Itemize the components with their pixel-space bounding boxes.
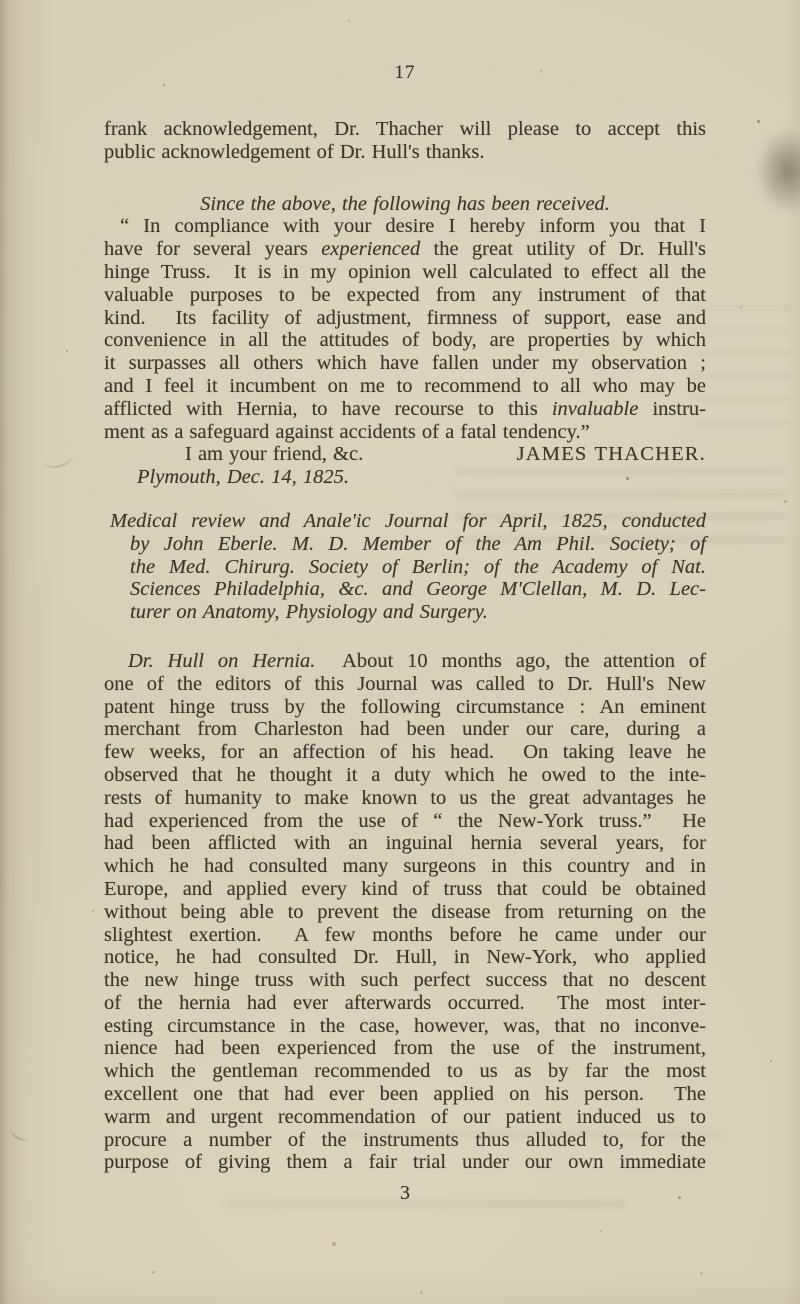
paper-speck (600, 1230, 602, 1232)
text-segment: the great utility of Dr. Hull's (420, 238, 706, 260)
text-segment: the new hinge truss with such perfect su… (104, 969, 706, 991)
text-line: afflicted with Hernia, to have recourse … (104, 398, 706, 421)
text-line: had been afflicted with an inguinal hern… (104, 832, 706, 855)
text-line: procure a number of the instruments thus… (104, 1129, 706, 1152)
text-line: the Med. Chirurg. Society of Berlin; of … (130, 556, 706, 579)
journal-citation: Medical review and Anale'ic Journal for … (104, 510, 706, 624)
text-line: Dr. Hull on Hernia. About 10 months ago,… (104, 650, 706, 673)
text-segment: instru- (638, 398, 706, 420)
text-segment: which he had consulted many surgeons in … (104, 855, 706, 877)
text-block: frank acknowledgement, Dr. Thacher will … (104, 118, 706, 1174)
text-segment: procure a number of the instruments thus… (104, 1129, 706, 1151)
text-segment: valuable purposes to be expected from an… (104, 284, 706, 306)
paper-speck (348, 20, 350, 22)
text-segment: ment as a safeguard against accidents of… (104, 421, 590, 443)
page-number: 17 (104, 62, 706, 84)
text-segment: public acknowledgement of Dr. Hull's tha… (104, 141, 484, 163)
text-segment: of the hernia had ever afterwards occurr… (104, 992, 706, 1014)
text-segment: slightest exertion. A few months before … (104, 924, 706, 946)
text-line: I am your friend, &c.JAMES THACHER. (104, 443, 706, 466)
text-line: merchant from Charleston had been under … (104, 718, 706, 741)
text-line: nience had been experienced from the use… (104, 1037, 706, 1060)
text-line: excellent one that had ever been applied… (104, 1083, 706, 1106)
text-segment: turer on Anatomy, Physiology and Surgery… (130, 601, 488, 623)
text-segment: invaluable (552, 398, 639, 420)
text-line: ment as a safeguard against accidents of… (104, 421, 706, 444)
text-line: esting circumstance in the case, however… (104, 1015, 706, 1038)
text-line: Medical review and Anale'ic Journal for … (130, 510, 706, 533)
text-line: hinge Truss. It is in my opinion well ca… (104, 261, 706, 284)
text-segment: had been afflicted with an inguinal hern… (104, 832, 706, 854)
text-segment: nience had been experienced from the use… (104, 1037, 706, 1059)
text-segment: Since the above, the following has been … (200, 193, 610, 215)
signature-mark: 3 (104, 1182, 706, 1205)
paper-crease (9, 1124, 32, 1143)
text-segment: esting circumstance in the case, however… (104, 1015, 706, 1037)
text-line: which the gentleman recommended to us as… (104, 1060, 706, 1083)
text-segment: one of the editors of this Journal was c… (104, 673, 706, 695)
paper-speck (332, 1242, 336, 1246)
paper-speck (757, 120, 760, 123)
text-line: by John Eberle. M. D. Member of the Am P… (130, 533, 706, 556)
text-line: notice, he had consulted Dr. Hull, in Ne… (104, 946, 706, 969)
text-line: of the hernia had ever afterwards occurr… (104, 992, 706, 1015)
text-line: public acknowledgement of Dr. Hull's tha… (104, 141, 706, 164)
paper-speck (420, 1291, 423, 1294)
text-line: Plymouth, Dec. 14, 1825. (104, 466, 706, 489)
text-segment: Plymouth, Dec. 14, 1825. (137, 466, 349, 488)
text-line: the new hinge truss with such perfect su… (104, 969, 706, 992)
text-line: Sciences Philadelphia, &c. and George M'… (130, 578, 706, 601)
text-segment: patent hinge truss by the following circ… (104, 696, 706, 718)
text-line: “ In compliance with your desire I hereb… (104, 215, 706, 238)
text-segment: kind. Its facility of adjustment, firmne… (104, 307, 706, 329)
text-segment: I am your friend, &c. (185, 443, 363, 466)
received-note: Since the above, the following has been … (104, 193, 706, 216)
text-line: Since the above, the following has been … (104, 193, 706, 216)
paper-speck (92, 910, 94, 912)
text-segment: About 10 months ago, the attention of (315, 650, 706, 672)
text-segment: had experienced from the use of “ the Ne… (104, 810, 706, 832)
text-line: slightest exertion. A few months before … (104, 924, 706, 947)
text-line: had experienced from the use of “ the Ne… (104, 810, 706, 833)
paper-crease (43, 449, 74, 470)
scanned-page: 17 frank acknowledgement, Dr. Thacher wi… (0, 0, 800, 1304)
text-segment: notice, he had consulted Dr. Hull, in Ne… (104, 946, 706, 968)
paper-speck (163, 84, 165, 86)
text-line: and I feel it incumbent on me to recomme… (104, 375, 706, 398)
text-line: which he had consulted many surgeons in … (104, 855, 706, 878)
paper-speck (66, 350, 68, 352)
text-segment: hinge Truss. It is in my opinion well ca… (104, 261, 706, 283)
review-paragraph: Dr. Hull on Hernia. About 10 months ago,… (104, 650, 706, 1174)
text-line: purpose of giving them a fair trial unde… (104, 1151, 706, 1174)
text-segment: Dr. Hull on Hernia. (128, 650, 315, 672)
text-segment: which the gentleman recommended to us as… (104, 1060, 706, 1082)
paper-speck (152, 1271, 155, 1274)
text-line: without being able to prevent the diseas… (104, 901, 706, 924)
text-line: frank acknowledgement, Dr. Thacher will … (104, 118, 706, 141)
text-line: warm and urgent recommendation of our pa… (104, 1106, 706, 1129)
text-segment: experienced (321, 238, 420, 260)
text-segment: Europe, and applied every kind of truss … (104, 878, 706, 900)
text-segment: excellent one that had ever been applied… (104, 1083, 706, 1105)
text-line: Europe, and applied every kind of truss … (104, 878, 706, 901)
text-segment: Medical review and Anale'ic Journal for … (110, 510, 706, 532)
text-line: patent hinge truss by the following circ… (104, 696, 706, 719)
text-segment: without being able to prevent the diseas… (104, 901, 706, 923)
paper-speck (770, 1060, 772, 1062)
paper-speck (784, 500, 787, 503)
text-segment: convenience in all the attitudes of body… (104, 329, 706, 351)
paper-speck (700, 1272, 703, 1275)
text-segment: warm and urgent recommendation of our pa… (104, 1106, 706, 1128)
text-line: turer on Anatomy, Physiology and Surgery… (130, 601, 706, 624)
text-segment: rests of humanity to make known to us th… (104, 787, 706, 809)
text-line: rests of humanity to make known to us th… (104, 787, 706, 810)
text-segment: Sciences Philadelphia, &c. and George M'… (130, 578, 706, 600)
text-line: valuable purposes to be expected from an… (104, 284, 706, 307)
text-segment: the Med. Chirurg. Society of Berlin; of … (130, 556, 706, 578)
text-segment: have for several years (104, 238, 321, 260)
text-line: observed that he thought it a duty which… (104, 764, 706, 787)
text-line: few weeks, for an affection of his head.… (104, 741, 706, 764)
text-segment: it surpasses all others which have falle… (104, 352, 706, 374)
text-line: one of the editors of this Journal was c… (104, 673, 706, 696)
text-segment: observed that he thought it a duty which… (104, 764, 706, 786)
text-segment: “ In compliance with your desire I hereb… (120, 215, 706, 237)
intro-paragraph: frank acknowledgement, Dr. Thacher will … (104, 118, 706, 164)
text-segment: by John Eberle. M. D. Member of the Am P… (130, 533, 706, 555)
text-line: it surpasses all others which have falle… (104, 352, 706, 375)
paper-speck (740, 306, 742, 308)
text-segment: frank acknowledgement, Dr. Thacher will … (104, 118, 706, 140)
text-segment: JAMES THACHER. (517, 443, 706, 466)
text-segment: purpose of giving them a fair trial unde… (104, 1151, 706, 1173)
text-segment: afflicted with Hernia, to have recourse … (104, 398, 552, 420)
text-segment: and I feel it incumbent on me to recomme… (104, 375, 706, 397)
text-segment: few weeks, for an affection of his head.… (104, 741, 706, 763)
text-line: have for several years experienced the g… (104, 238, 706, 261)
text-line: convenience in all the attitudes of body… (104, 329, 706, 352)
scan-edge-smudge (756, 128, 800, 214)
testimonial-letter: “ In compliance with your desire I hereb… (104, 215, 706, 489)
text-line: kind. Its facility of adjustment, firmne… (104, 307, 706, 330)
text-segment: merchant from Charleston had been under … (104, 718, 706, 740)
